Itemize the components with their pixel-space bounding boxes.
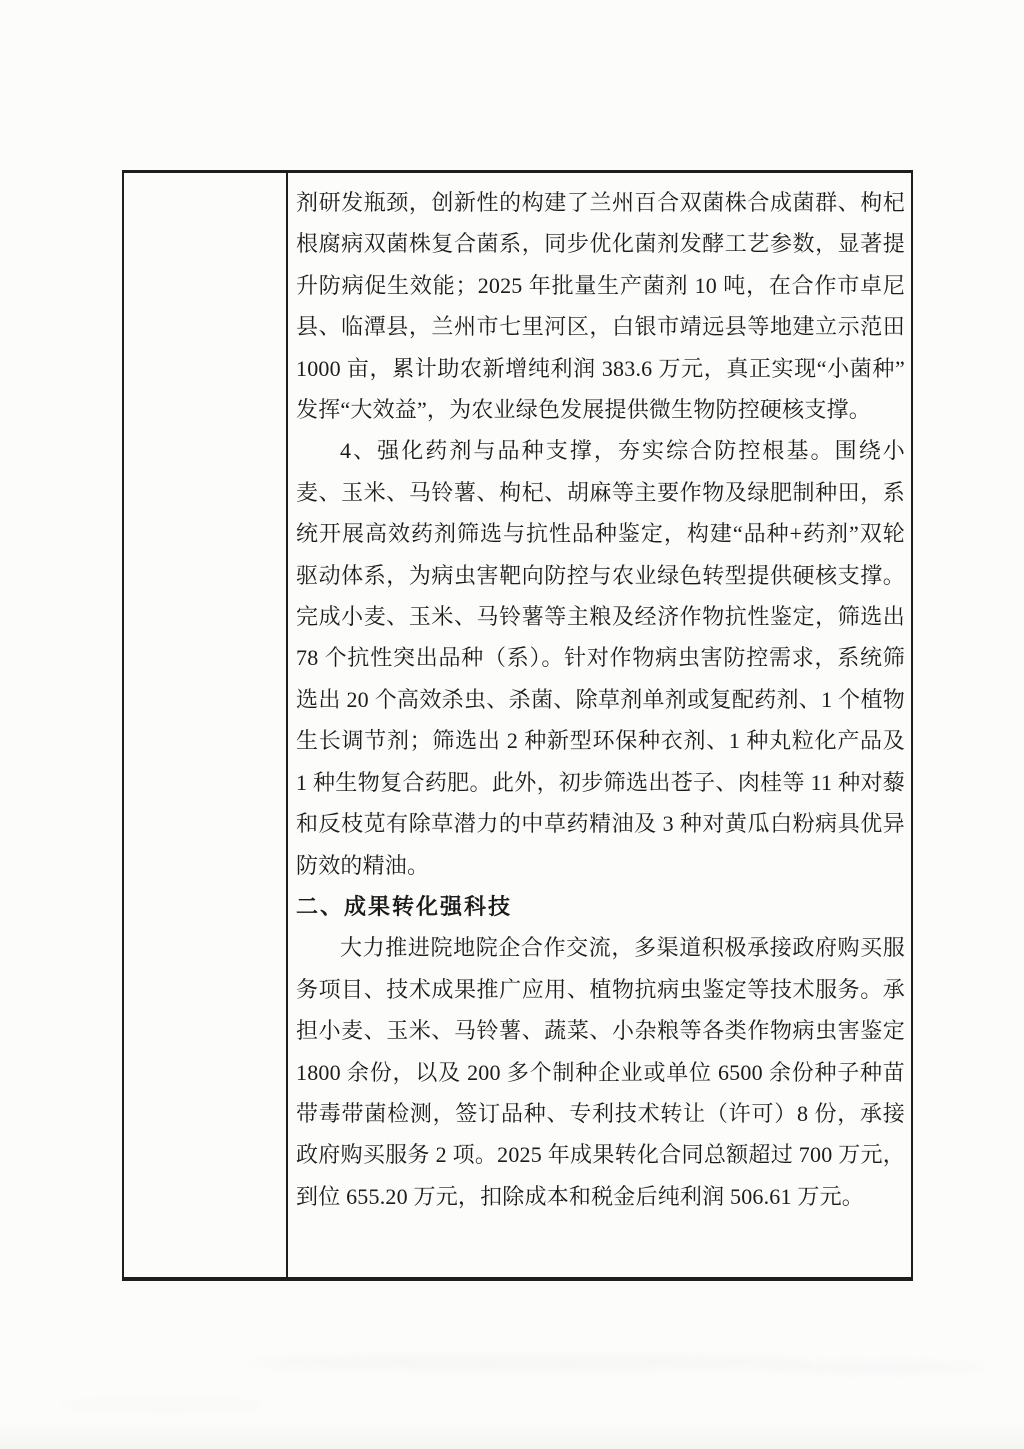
- paragraph-achievement-transfer-details: 大力推进院地院企合作交流，多渠道积极承接政府购买服务项目、技术成果推广应用、植物…: [296, 927, 905, 1217]
- paragraph-microbial-agent-results: 剂研发瓶颈，创新性的构建了兰州百合双菌株合成菌群、枸杞根腐病双菌株复合菌系，同步…: [296, 182, 905, 430]
- scan-edge-shadow: [0, 1421, 1024, 1449]
- scanned-document-page: { "colors": { "paper": "#fcfcfb", "ink":…: [0, 0, 1024, 1449]
- scan-smudge-artifact: [760, 1362, 990, 1373]
- report-continuation-table: 剂研发瓶颈，创新性的构建了兰州百合双菌株合成菌群、枸杞根腐病双菌株复合菌系，同步…: [122, 170, 913, 1281]
- scan-smudge-artifact: [60, 1400, 270, 1410]
- section-heading-achievement-transfer: 二、成果转化强科技: [296, 886, 905, 927]
- scan-smudge-artifact: [250, 1356, 810, 1369]
- paragraph-pesticide-variety-support: 4、强化药剂与品种支撑，夯实综合防控根基。围绕小麦、玉米、马铃薯、枸杞、胡麻等主…: [296, 430, 905, 885]
- table-content-column: 剂研发瓶颈，创新性的构建了兰州百合双菌株合成菌群、枸杞根腐病双菌株复合菌系，同步…: [288, 173, 911, 1277]
- table-left-column-empty: [124, 173, 288, 1277]
